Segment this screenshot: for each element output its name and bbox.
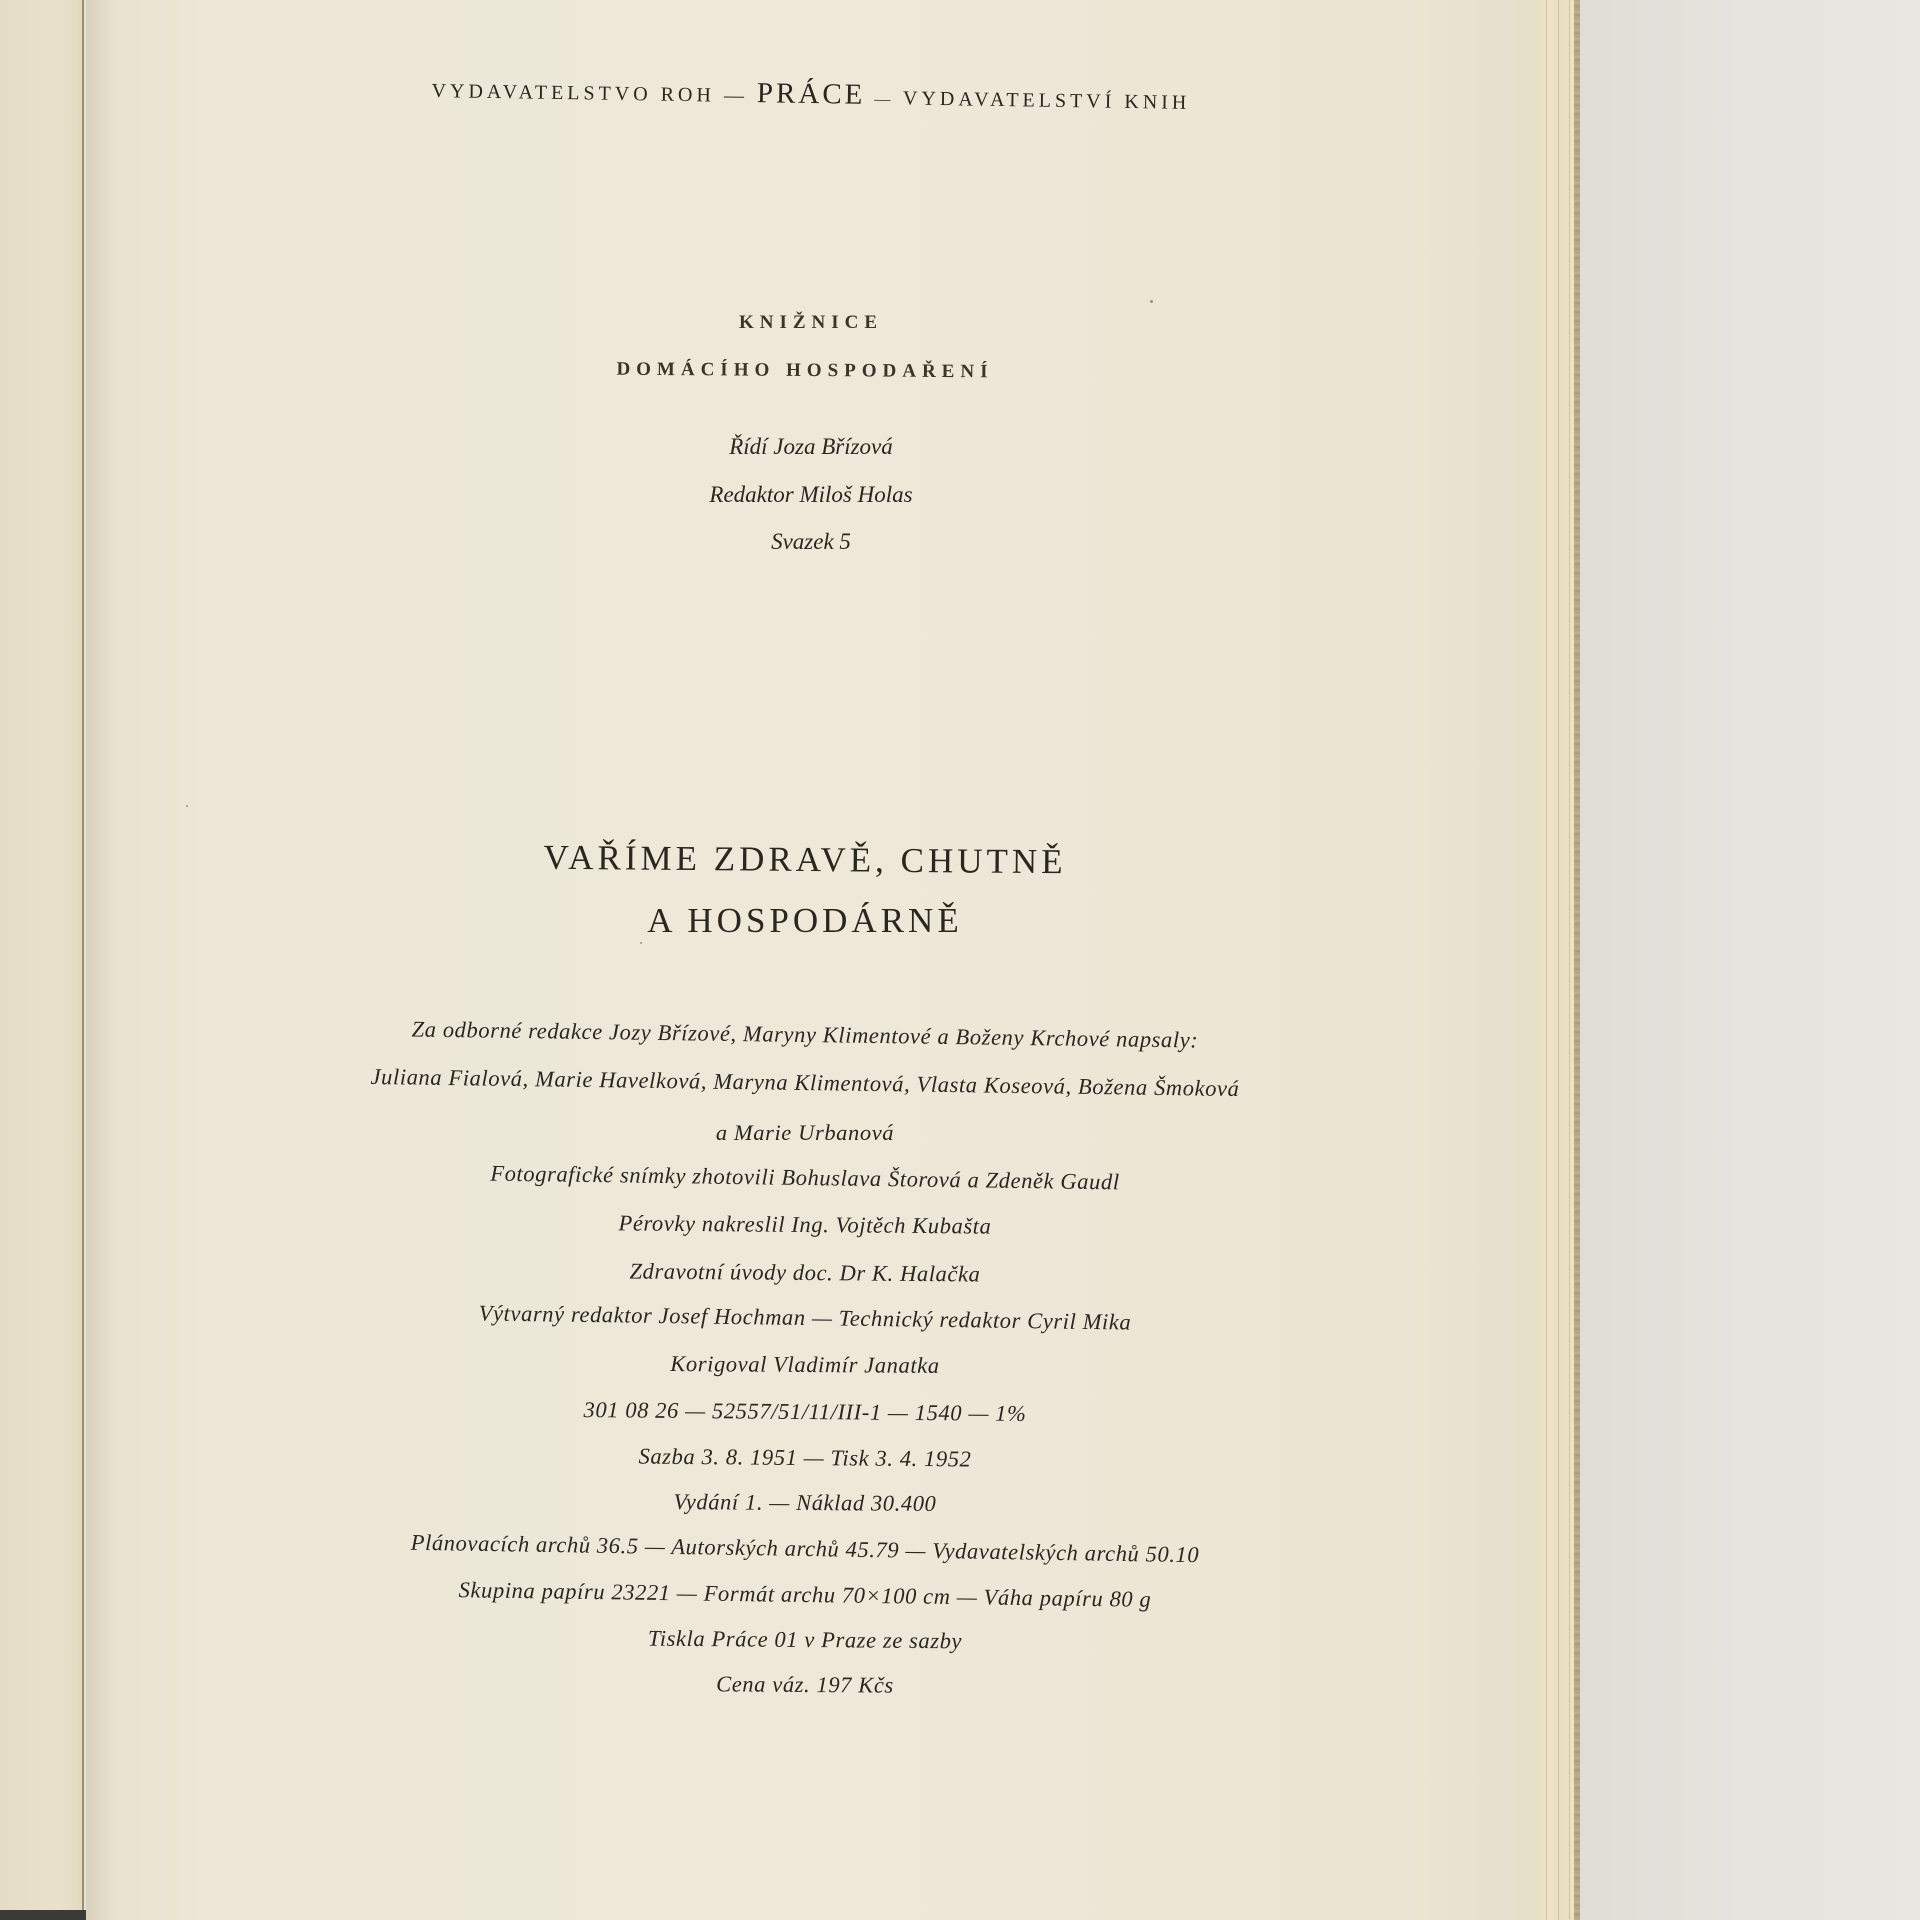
series-line-1: KNIŽNICE	[86, 312, 1536, 334]
colophon-line: a Marie Urbanová	[80, 1120, 1530, 1146]
page-block-edges	[1536, 0, 1576, 1920]
header-dash: —	[724, 85, 748, 107]
paper-speck	[1150, 300, 1153, 303]
left-facing-page	[0, 0, 84, 1920]
deckled-edge	[1574, 0, 1580, 1920]
publisher-left: VYDAVATELSTVO ROH	[431, 80, 715, 106]
publisher-center: PRÁCE	[757, 77, 866, 111]
series-editor-in-chief: Řídí Joza Břízová	[86, 434, 1536, 460]
series-editor: Redaktor Miloš Holas	[86, 482, 1536, 508]
table-background	[1575, 0, 1920, 1920]
publisher-right: VYDAVATELSTVÍ KNIH	[903, 87, 1191, 114]
header-dash: —	[874, 91, 894, 108]
series-volume: Svazek 5	[86, 529, 1536, 555]
paper-speck	[640, 942, 642, 944]
paper-speck	[186, 805, 188, 807]
book-title-line-2: A HOSPODÁRNĚ	[80, 901, 1530, 941]
